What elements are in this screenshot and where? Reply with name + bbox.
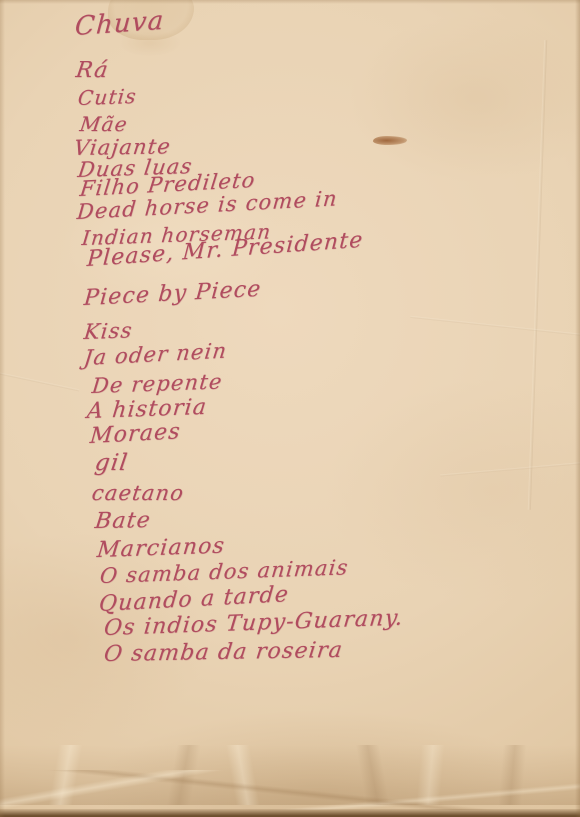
- handwritten-line: gil: [93, 450, 130, 476]
- scan-edge-bottom: [0, 809, 580, 817]
- handwritten-line: Marcianos: [96, 533, 227, 563]
- scan-edge-left: [0, 0, 5, 817]
- bottom-wrinkles-2: [0, 770, 580, 810]
- handwritten-line: Kiss: [83, 318, 134, 344]
- scan-edge-right: [575, 0, 580, 817]
- handwritten-line: Mãe: [78, 112, 129, 136]
- handwritten-line: O samba da roseira: [102, 638, 344, 667]
- scan-edge-top: [0, 0, 580, 4]
- handwritten-line: Bate: [93, 508, 152, 534]
- handwritten-line: Cutis: [77, 84, 138, 110]
- handwritten-line: caetano: [90, 481, 186, 505]
- handwritten-line: Moraes: [89, 419, 182, 449]
- handwritten-line: De repente: [91, 369, 224, 398]
- scanned-page: Chuva Rá Cutis Mãe Viajante Duas luas Fi…: [0, 0, 580, 817]
- handwritten-line: A historia: [86, 395, 209, 424]
- handwritten-line: Rá: [74, 58, 110, 83]
- handwritten-line: Chuva: [74, 6, 165, 42]
